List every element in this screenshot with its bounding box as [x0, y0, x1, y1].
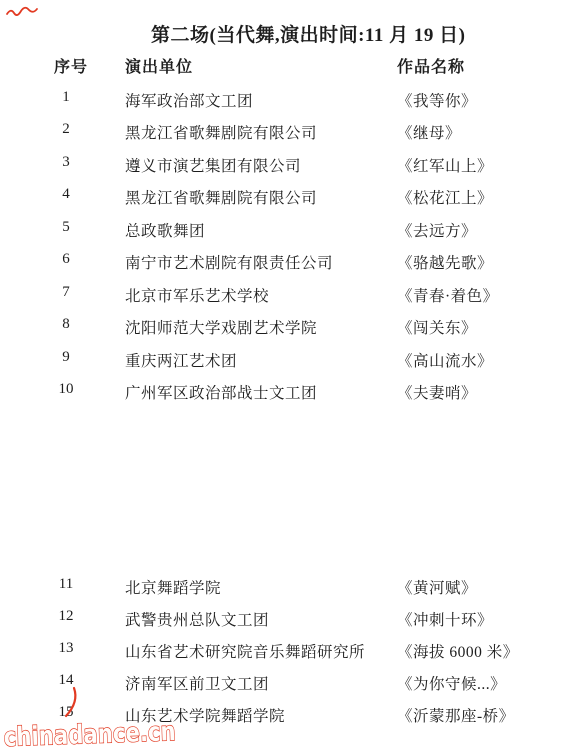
table-row: 11北京舞蹈学院《黄河赋》: [0, 576, 578, 594]
row-unit: 遵义市演艺集团有限公司: [125, 154, 301, 176]
row-number: 9: [50, 349, 82, 366]
row-work: 《继母》: [397, 121, 461, 143]
row-work: 《青春·着色》: [397, 284, 499, 306]
table-row: 9重庆两江艺术团《高山流水》: [0, 349, 578, 367]
row-work: 《沂蒙那座-桥》: [397, 704, 515, 726]
table-row: 5总政歌舞团《去远方》: [0, 219, 578, 237]
row-work: 《海拔 6000 米》: [397, 640, 519, 662]
table-row: 2黑龙江省歌舞剧院有限公司《继母》: [0, 121, 578, 139]
row-unit: 广州军区政治部战士文工团: [125, 381, 317, 403]
row-number: 13: [50, 640, 82, 657]
table-row: 10广州军区政治部战士文工团《夫妻哨》: [0, 381, 578, 399]
row-number: 7: [50, 284, 82, 301]
table-row: 12武警贵州总队文工团《冲刺十环》: [0, 608, 578, 626]
row-number: 3: [50, 154, 82, 171]
row-unit: 北京舞蹈学院: [125, 576, 221, 598]
table-row: 3遵义市演艺集团有限公司《红军山上》: [0, 154, 578, 172]
row-number: 4: [50, 186, 82, 203]
row-work: 《为你守候...》: [397, 672, 506, 694]
row-unit: 黑龙江省歌舞剧院有限公司: [125, 121, 317, 143]
row-unit: 海军政治部文工团: [125, 89, 253, 111]
table-row: 13山东省艺术研究院音乐舞蹈研究所《海拔 6000 米》: [0, 640, 578, 658]
row-work: 《我等你》: [397, 89, 477, 111]
row-unit: 黑龙江省歌舞剧院有限公司: [125, 186, 317, 208]
row-work: 《红军山上》: [397, 154, 493, 176]
row-number: 5: [50, 219, 82, 236]
watermark-scribble-icon: [5, 4, 39, 22]
row-work: 《冲刺十环》: [397, 608, 493, 630]
table-row: 8沈阳师范大学戏剧艺术学院《闯关东》: [0, 316, 578, 334]
row-number: 1: [50, 89, 82, 106]
row-unit: 北京市军乐艺术学校: [125, 284, 269, 306]
table-row: 1海军政治部文工团《我等你》: [0, 89, 578, 107]
watermark-chinadance: chinadance.cn: [0, 684, 210, 755]
table-row: 4黑龙江省歌舞剧院有限公司《松花江上》: [0, 186, 578, 204]
row-unit: 沈阳师范大学戏剧艺术学院: [125, 316, 317, 338]
row-number: 11: [50, 576, 82, 593]
row-unit: 南宁市艺术剧院有限责任公司: [125, 251, 333, 273]
table-row: 6南宁市艺术剧院有限责任公司《骆越先歌》: [0, 251, 578, 269]
row-unit: 重庆两江艺术团: [125, 349, 237, 371]
row-work: 《夫妻哨》: [397, 381, 477, 403]
column-header-no: 序号: [54, 54, 88, 77]
row-number: 6: [50, 251, 82, 268]
row-work: 《骆越先歌》: [397, 251, 493, 273]
row-unit: 总政歌舞团: [125, 219, 205, 241]
row-number: 10: [50, 381, 82, 398]
row-work: 《高山流水》: [397, 349, 493, 371]
row-work: 《黄河赋》: [397, 576, 477, 598]
watermark-flourish-icon: [66, 688, 75, 716]
column-header-work: 作品名称: [397, 54, 465, 77]
row-number: 2: [50, 121, 82, 138]
row-work: 《松花江上》: [397, 186, 493, 208]
table-row: 7北京市军乐艺术学校《青春·着色》: [0, 284, 578, 302]
row-number: 8: [50, 316, 82, 333]
row-work: 《闯关东》: [397, 316, 477, 338]
page-title: 第二场(当代舞,演出时间:11 月 19 日): [151, 20, 465, 47]
row-number: 12: [50, 608, 82, 625]
watermark-text: chinadance.cn: [3, 717, 176, 753]
row-unit: 山东省艺术研究院音乐舞蹈研究所: [125, 640, 365, 662]
column-header-unit: 演出单位: [125, 54, 193, 77]
row-unit: 武警贵州总队文工团: [125, 608, 269, 630]
document-page: 第二场(当代舞,演出时间:11 月 19 日) 序号 演出单位 作品名称 1海军…: [0, 0, 578, 755]
row-work: 《去远方》: [397, 219, 477, 241]
